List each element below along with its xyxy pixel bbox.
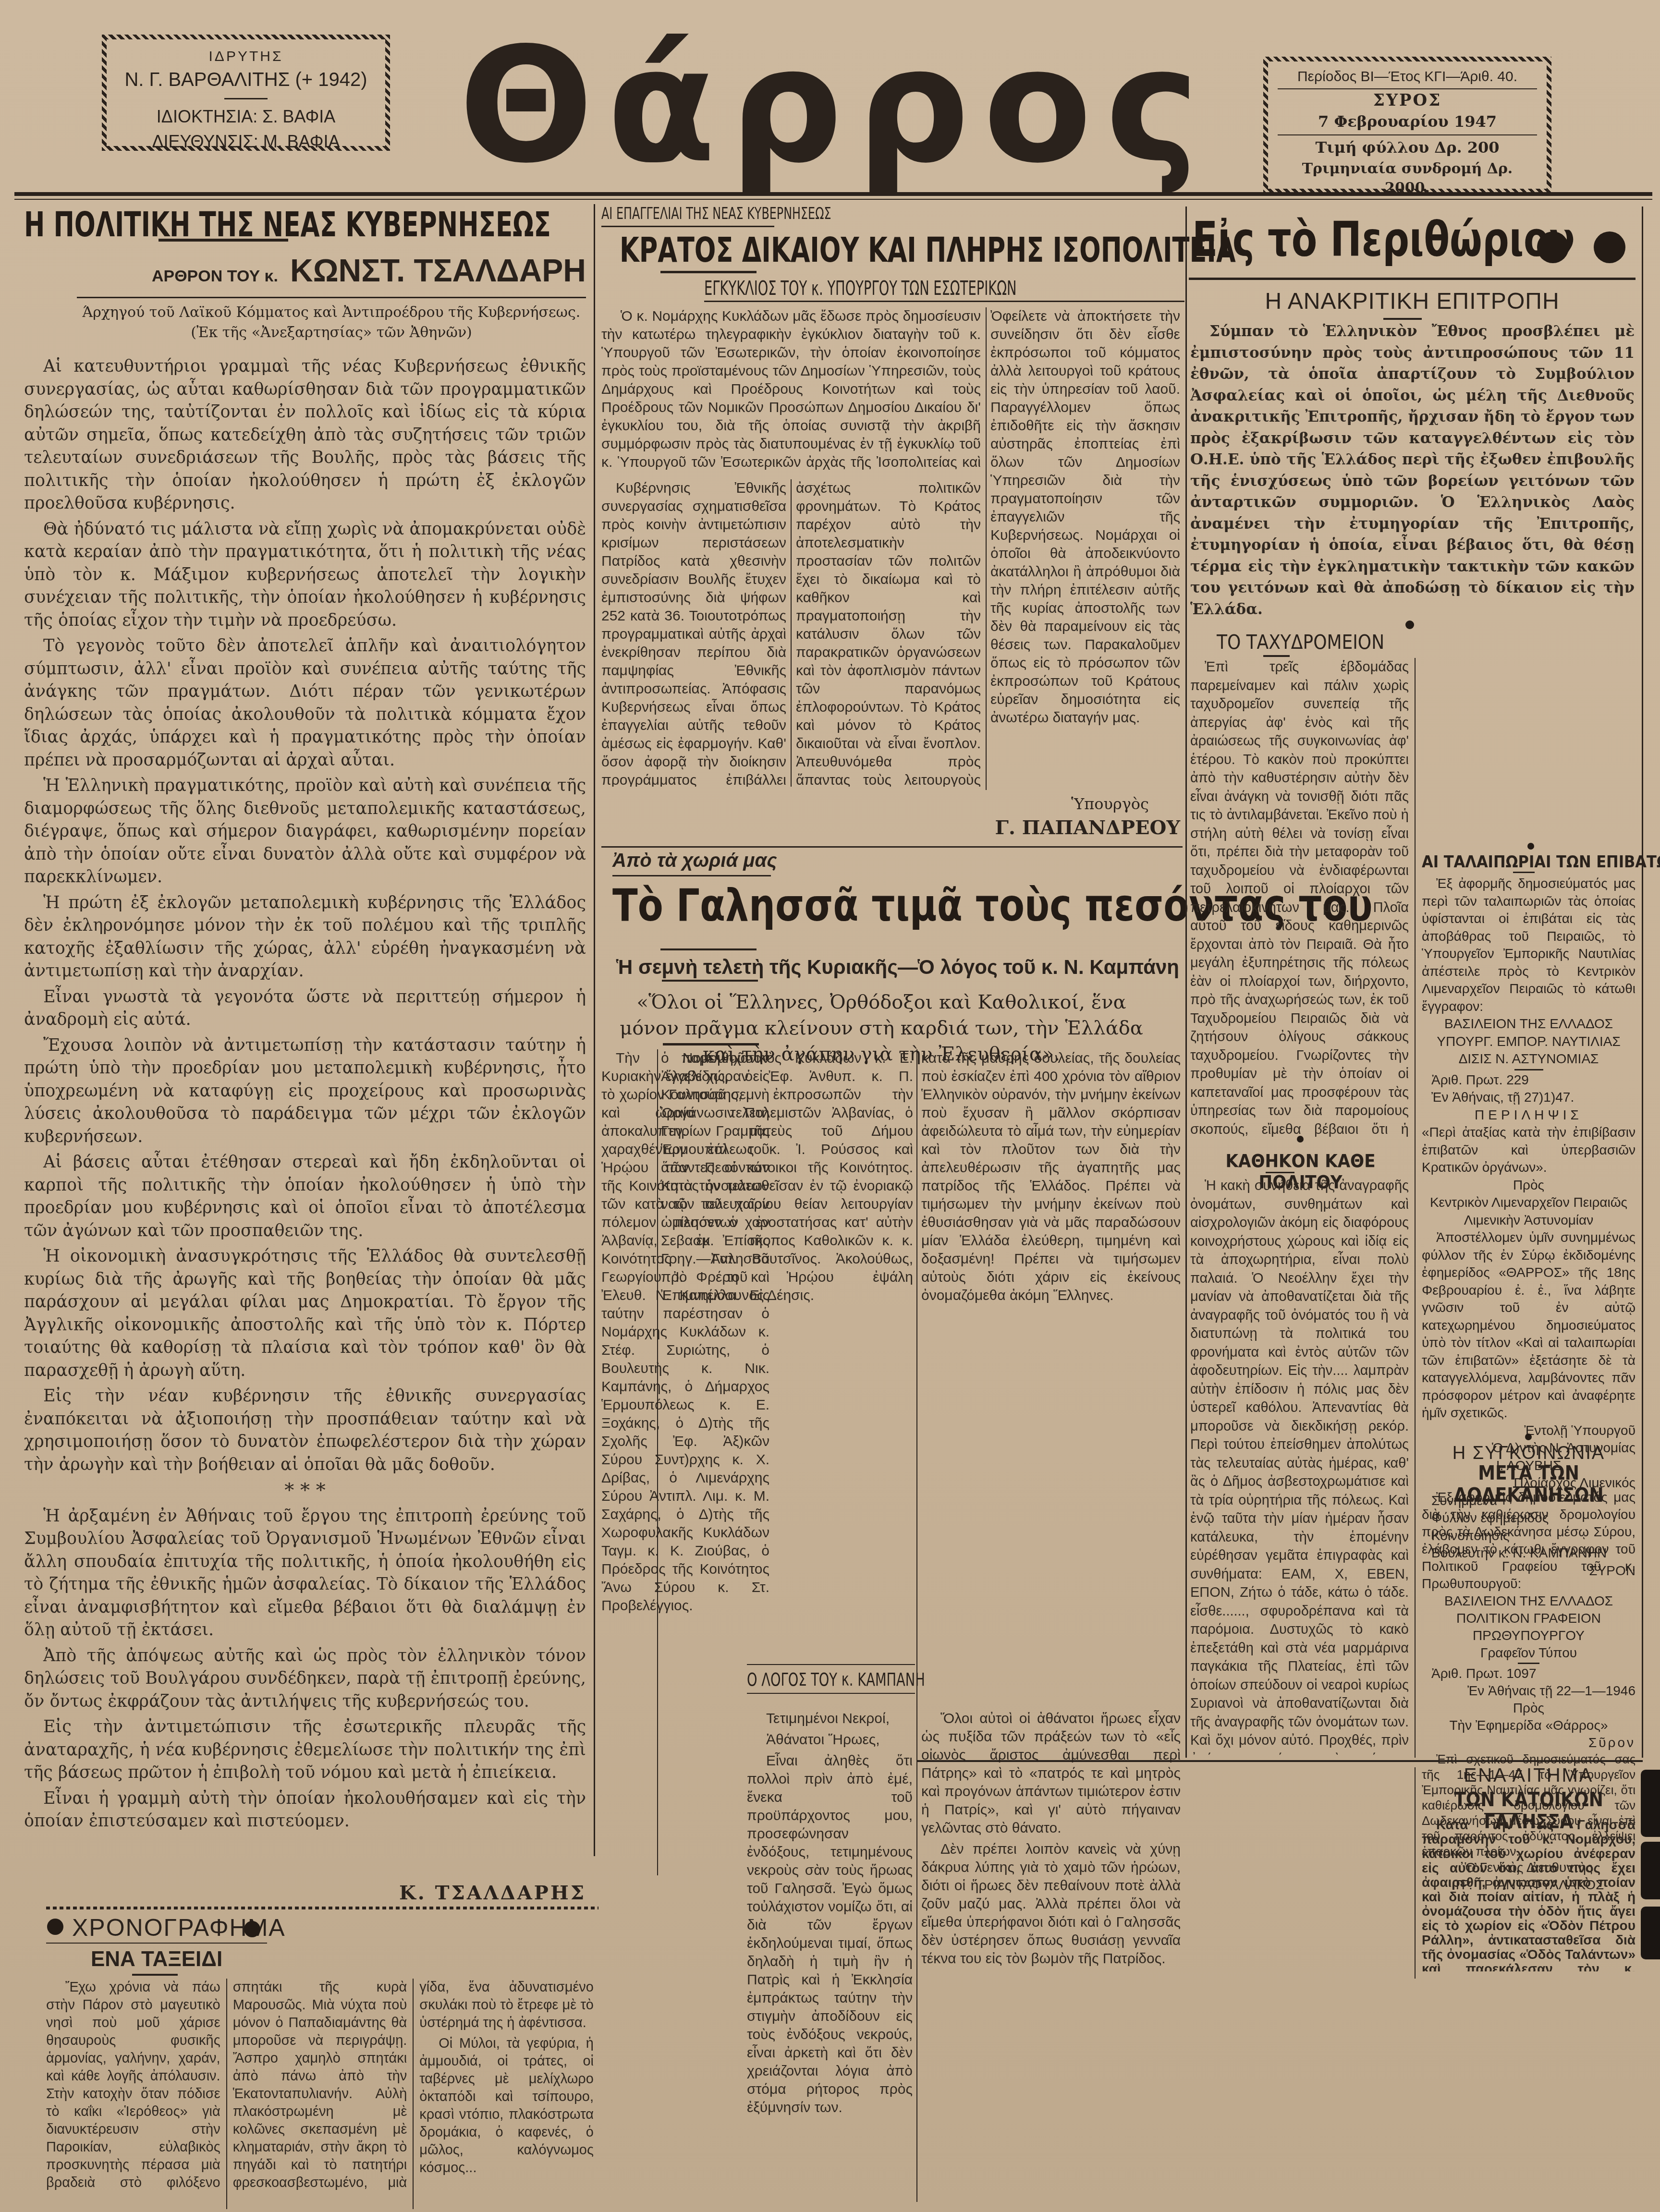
- politics-subtitle: Άρχηγού τοῦ Λαϊκοῦ Κόμματος καὶ Ἀντιπροέ…: [77, 303, 586, 343]
- direction: ΔΙΕΥΘΥΝΣΙΣ: Μ. ΒΑΦΙΑ: [107, 129, 385, 154]
- galissas-subhead: Ἡ σεμνὴ τελετὴ τῆς Κυριακῆς—Ὁ λόγος τοῦ …: [612, 956, 1179, 979]
- politics-paragraph: Ἀπὸ τῆς ἀπόψεως αὐτῆς καὶ ὡς πρὸς τὸν ἑλ…: [24, 1645, 586, 1714]
- galissas-kicker: Ἀπὸ τὰ χωριά μας: [612, 850, 777, 872]
- state-subhead-rule: [704, 301, 1184, 302]
- politics-paragraph: Εἶναι γνωστὰ τὰ γεγονότα ὥστε νὰ περιττε…: [24, 986, 586, 1032]
- column-rule: [594, 204, 595, 1856]
- binder-clip: [1641, 1770, 1660, 1837]
- date: 7 Φεβρουαρίου 1947: [1278, 111, 1537, 135]
- state-bottom-rule: [601, 846, 1183, 848]
- place: ΣΥΡΟΣ: [1278, 89, 1537, 111]
- state-col-3: Ὀφείλετε νὰ ἀποκτήσετε τὴν συνείδησιν ὅτ…: [990, 307, 1180, 780]
- speech-salutation: Τετιμημένοι Νεκροί,: [747, 1710, 913, 1728]
- politics-subtitle-1: Άρχηγού τοῦ Λαϊκοῦ Κόμματος καὶ Ἀντιπροέ…: [77, 303, 586, 323]
- story5-title-1: Η ΣΥΓΚΟΙΝΩΝΙΑ: [1422, 1443, 1636, 1464]
- story5-title-rule: [1513, 1486, 1544, 1488]
- speech-body-1: Τετιμημένοι Νεκροί, Ἀθάνατοι Ἥρωες, Εἶνα…: [747, 1710, 913, 2209]
- story2-text: Ἐπὶ τρεῖς ἑβδομάδας παρεμείναμεν καὶ πάλ…: [1190, 658, 1409, 1141]
- speech-paragraph: Δὲν πρέπει λοιπὸν κανεὶς νὰ χύνῃ δάκρυα …: [921, 1840, 1181, 1968]
- politics-paragraph: Αἱ κατευθυντήριοι γραμμαὶ τῆς νέας Κυβερ…: [24, 355, 586, 515]
- bullet-icon: [47, 1919, 63, 1935]
- politics-paragraph: Αἱ βάσεις αὗται ἐτέθησαν στερεαὶ καὶ ἤδη…: [24, 1151, 586, 1242]
- doc-to: Λιμενικὴν Ἀστυνομίαν: [1422, 1212, 1636, 1229]
- column-rule: [791, 479, 792, 787]
- doc-header: ΥΠΟΥΡΓ. ΕΜΠΟΡ. ΝΑΥΤΙΛΙΑΣ: [1422, 1033, 1636, 1051]
- ownership: ΙΔΙΟΚΤΗΣΙΑ: Σ. ΒΑΦΙΑ: [107, 104, 385, 129]
- founder-name: Ν. Γ. ΒΑΡΘΑΛΙΤΗΣ (+ 1942): [107, 66, 385, 93]
- doc-body: Ἀποστέλλομεν ὑμῖν συνημμένως φύλλον τῆς …: [1422, 1229, 1636, 1422]
- politics-byline: ΑΡΘΡΟΝ ΤΟΥ κ. ΚΩΝΣΤ. ΤΣΑΛΔΑΡΗ: [130, 252, 586, 289]
- speech-paragraph: Εἶναι ἀληθὲς ὅτι πολλοὶ πρὶν ἀπὸ ἐμέ, ἕν…: [747, 1752, 913, 2117]
- doc-to-label: Πρὸς: [1422, 1700, 1636, 1717]
- state-signature-name: Γ. ΠΑΠΑΝΔΡΕΟΥ: [990, 816, 1180, 839]
- story4-intro: Ἐξ ἀφορμῆς δημοσιεύματός μας περὶ τῶν τα…: [1422, 875, 1636, 1015]
- galissas-quote-rule: [663, 1043, 759, 1045]
- sidebar-bottom-rule: [917, 1760, 1643, 1762]
- doc-header: ΒΑΣΙΛΕΙΟΝ ΤΗΣ ΕΛΛΑΔΟΣ: [1422, 1592, 1636, 1610]
- binder-clip: [1641, 1907, 1660, 1959]
- speech-paragraph: Ὅλοι αὐτοὶ οἱ ἀθάνατοι ἥρωες εἶχαν ὡς πυ…: [921, 1710, 1181, 1837]
- doc-header: ΒΑΣΙΛΕΙΟΝ ΤΗΣ ΕΛΛΑΔΟΣ: [1422, 1015, 1636, 1033]
- state-lead: Ὁ κ. Νομάρχης Κυκλάδων μᾶς ἔδωσε πρὸς δη…: [601, 307, 981, 473]
- politics-paragraph: Τὸ γεγονὸς τοῦτο δὲν ἀποτελεῖ ἁπλῆν καὶ …: [24, 635, 586, 772]
- speech-rule: [747, 1664, 915, 1665]
- story4-title: ΑΙ ΤΑΛΑΙΠΩΡΙΑΙ ΤΩΝ ΕΠΙΒΑΤΩΝ: [1422, 852, 1636, 872]
- doc-protocol: Ἀριθ. Πρωτ. 1097: [1422, 1665, 1636, 1682]
- doc-summary: «Περὶ ἀταξίας κατὰ τὴν ἐπιβίβασιν ἐπιβατ…: [1422, 1124, 1636, 1177]
- politics-paragraph: Εἰς τὴν νέαν κυβέρνησιν τῆς ἐθνικῆς συνε…: [24, 1385, 586, 1476]
- binder-clip: [1641, 1842, 1660, 1899]
- story1-text: Σύμπαν τὸ Ἑλληνικὸν Ἔθνος προσβλέπει μὲ …: [1190, 321, 1635, 616]
- byline-prefix: ΑΡΘΡΟΝ ΤΟΥ κ.: [152, 267, 278, 285]
- bullet-icon: [1297, 1136, 1304, 1142]
- story1-title-rule: [1383, 318, 1422, 320]
- sidebar-border-right: [1642, 207, 1643, 1758]
- story3-title-rule: [1266, 1172, 1294, 1173]
- masthead-rule-thin: [14, 199, 1652, 200]
- price: Τιμή φύλλου Δρ. 200: [1278, 135, 1537, 159]
- story4-title-rule: [1513, 872, 1535, 873]
- state-col-1: Κυβέρνησις Ἐθνικῆς συνεργασίας σχηματισθ…: [601, 479, 786, 787]
- chrono-rule: [46, 1943, 267, 1944]
- politics-paragraph: Ἡ ἀρξαμένη ἐν Ἀθήναις τοῦ ἔργου της ἐπιτ…: [24, 1505, 586, 1642]
- state-col-2: ἀσχέτως πολιτικῶν φρονημάτων. Τὸ Κράτος …: [796, 479, 981, 787]
- bullet-icon: [1405, 620, 1414, 629]
- chrono-title: ΕΝΑ ΤΑΞΕΙΔΙ: [46, 1947, 267, 1971]
- column-rule: [916, 1049, 917, 2202]
- speech-title: Ο ΛΟΓΟΣ ΤΟΥ κ. ΚΑΜΠΑΝΗ: [747, 1669, 925, 1690]
- doc-to-label: Πρὸς: [1422, 1177, 1636, 1194]
- politics-paragraph: Ἡ οἰκονομικὴ ἀνασυγκρότησις τῆς Ἑλλάδος …: [24, 1245, 586, 1382]
- politics-paragraph: Ἔχουσα λοιπὸν νὰ ἀντιμετωπίσῃ τὴν κατάστ…: [24, 1034, 586, 1149]
- column-rule: [986, 307, 987, 790]
- politics-byline-rule: [77, 297, 586, 298]
- state-headline-rule: [660, 271, 757, 273]
- speech-title-rule: [747, 1693, 915, 1694]
- request-title-rule: [1484, 1813, 1523, 1814]
- speech-body-2: Ὅλοι αὐτοὶ οἱ ἀθάνατοι ἥρωες εἶχαν ὡς πυ…: [921, 1710, 1181, 2209]
- story2-title-rule: [1263, 655, 1290, 657]
- sidebar-section: Εἰς τὸ Περιθώριον: [1192, 211, 1575, 267]
- doc-to: Κεντρικὸν Λιμεναρχεῖον Πειραιῶς: [1422, 1194, 1636, 1212]
- doc-date: Ἐν Ἀθήναις, τῇ 27)1)47.: [1422, 1089, 1636, 1106]
- sidebar-section-rule: [1189, 278, 1636, 280]
- politics-paragraph: Εἶναι ἡ γραμμὴ αὐτὴ τὴν ὁποίαν ἠκολουθήσ…: [24, 1787, 586, 1833]
- request-text: Κατὰ τὴν εἰς Γαλησσᾶ παραμονὴν τοῦ κ. Νο…: [1422, 1818, 1636, 1971]
- column-rule: [657, 1049, 658, 1875]
- politics-headline-rule: [159, 239, 288, 242]
- politics-body: Αἱ κατευθυντήριοι γραμμαὶ τῆς νέας Κυβερ…: [24, 355, 586, 1863]
- doc-header: Γραφεῖον Τύπου: [1422, 1644, 1636, 1662]
- masthead-title: Θάρρος: [418, 34, 1254, 178]
- byline-name: ΚΩΝΣΤ. ΤΣΑΛΔΑΡΗ: [290, 253, 586, 288]
- bullet-icon: [1537, 231, 1569, 263]
- bullet-icon: [244, 1921, 260, 1937]
- doc-summary-label: ΠΕΡΙΛΗΨΙΣ: [1422, 1106, 1636, 1124]
- politics-paragraph: Ἡ Ἑλληνικὴ πραγματικότης, προϊὸν καὶ αὐτ…: [24, 775, 586, 889]
- newspaper-page: ΙΔΡΥΤΗΣ Ν. Γ. ΒΑΡΘΑΛΙΤΗΣ (+ 1942) ΙΔΙΟΚΤ…: [0, 0, 1660, 2212]
- galissas-kicker-rule: [612, 875, 771, 876]
- issue-info: Περίοδος ΒΙ—Έτος ΚΓΙ—Άριθ. 40.: [1278, 67, 1537, 89]
- doc-header: ΠΡΩΘΥΠΟΥΡΓΟΥ: [1422, 1627, 1636, 1644]
- column-rule: [1415, 1767, 1416, 1979]
- politics-paragraph: Εἰς τὴν ἀντιμετώπισιν τῆς ἐσωτερικῆς πλε…: [24, 1716, 586, 1785]
- doc-header: ΠΟΛΙΤΙΚΟΝ ΓΡΑΦΕΙΟΝ: [1422, 1610, 1636, 1627]
- state-subhead: ΕΓΚΥΚΛΙΟΣ ΤΟΥ κ. ΥΠΟΥΡΓΟΥ ΤΩΝ ΕΣΩΤΕΡΙΚΩΝ: [704, 278, 1017, 300]
- request-title-1: ΕΝΑ ΑΙΤΗΜΑ: [1422, 1765, 1636, 1787]
- galissas-headline-rule: [660, 948, 757, 950]
- doc-date: Ἐν Ἀθήναις τῇ 22—1—1946: [1422, 1682, 1636, 1700]
- chrono-paragraph: Οἱ Μύλοι, τὰ γεφύρια, ἡ ἀμμουδιά, οἱ τρά…: [419, 2035, 594, 2177]
- politics-paragraph: Ἡ πρώτη ἐξ ἐκλογῶν μεταπολεμικὴ κυβέρνησ…: [24, 892, 586, 983]
- speech-salutation: Ἀθάνατοι Ἥρωες,: [747, 1731, 913, 1749]
- section-break-stars: * * *: [24, 1479, 586, 1502]
- state-headline: ΚΡΑΤΟΣ ΔΙΚΑΙΟΥ ΚΑΙ ΠΛΗΡΗΣ ΙΣΟΠΟΛΙΤΕΙΑ: [620, 230, 1236, 270]
- bullet-icon: [1525, 1434, 1532, 1440]
- doc-protocol: Ἀριθ. Πρωτ. 229: [1422, 1071, 1636, 1089]
- story5-intro: Ἐξ ἀφορμῆς δημοσιεύματός μας διὰ τὴν καθ…: [1422, 1489, 1636, 1592]
- politics-paragraph: Θὰ ἠδύνατό τις μάλιστα νὰ εἴπῃ χωρὶς νὰ …: [24, 518, 586, 632]
- doc-header: ΔΙΣΙΣ Ν. ΑΣΤΥΝΟΜΙΑΣ: [1422, 1050, 1636, 1068]
- story1-title: Η ΑΝΑΚΡΙΤΙΚΗ ΕΠΙΤΡΟΠΗ: [1189, 288, 1636, 315]
- founder-label: ΙΔΡΥΤΗΣ: [107, 47, 385, 66]
- masthead-rule: [14, 192, 1652, 196]
- bullet-icon: [1594, 231, 1625, 263]
- state-signature-title: Ὑπουργὸς: [990, 795, 1149, 813]
- state-kicker: ΑΙ ΕΠΑΓΓΕΛΙΑΙ ΤΗΣ ΝΕΑΣ ΚΥΒΕΡΝΗΣΕΩΣ: [601, 204, 831, 223]
- story3-text-cont: [1422, 658, 1636, 783]
- doc-to: Τὴν Ἐφημερίδα «Θάρρος»: [1422, 1717, 1636, 1734]
- bullet-icon: [1527, 843, 1534, 850]
- galissas-subhead-rule: [662, 980, 758, 982]
- chrono-title-rule: [132, 1974, 178, 1976]
- sidebar-border-left: [1185, 207, 1187, 1758]
- politics-signature: Κ. ΤΣΑΛΔΑΡΗΣ: [24, 1882, 586, 1904]
- chrono-ornate-rule: [46, 1907, 598, 1909]
- story2-title: ΤΟ ΤΑΧΥΔΡΟΜΕΙΟΝ: [1191, 632, 1410, 654]
- column-rule: [1415, 658, 1416, 1758]
- doc-to: Σῦρον: [1422, 1734, 1636, 1751]
- issue-box-text: Περίοδος ΒΙ—Έτος ΚΓΙ—Άριθ. 40. ΣΥΡΟΣ 7 Φ…: [1278, 67, 1537, 198]
- galissas-col-2: ὁ Νομομηχανικὸς Κυκλάδων κ. Ε. Ἀγγελίδης…: [661, 1049, 913, 1693]
- story3-text: Ἡ κακὴ συνήθεια τῆς ἀναγραφῆς ὀνομάτων, …: [1190, 1177, 1409, 1755]
- politics-subtitle-2: (Ἐκ τῆς «Ἀνεξαρτησίας» τῶν Ἀθηνῶν): [77, 323, 586, 343]
- galissas-col-3: κατὰ τῆς μαύρης δουλείας, τῆς δουλείας π…: [921, 1049, 1181, 1693]
- chrono-body: Ἔχω χρόνια νὰ πάω στὴν Πάρον στὸ μαγευτι…: [46, 1979, 594, 2209]
- founder-box-text: ΙΔΡΥΤΗΣ Ν. Γ. ΒΑΡΘΑΛΙΤΗΣ (+ 1942) ΙΔΙΟΚΤ…: [107, 47, 385, 154]
- state-kicker-rule: [601, 226, 774, 227]
